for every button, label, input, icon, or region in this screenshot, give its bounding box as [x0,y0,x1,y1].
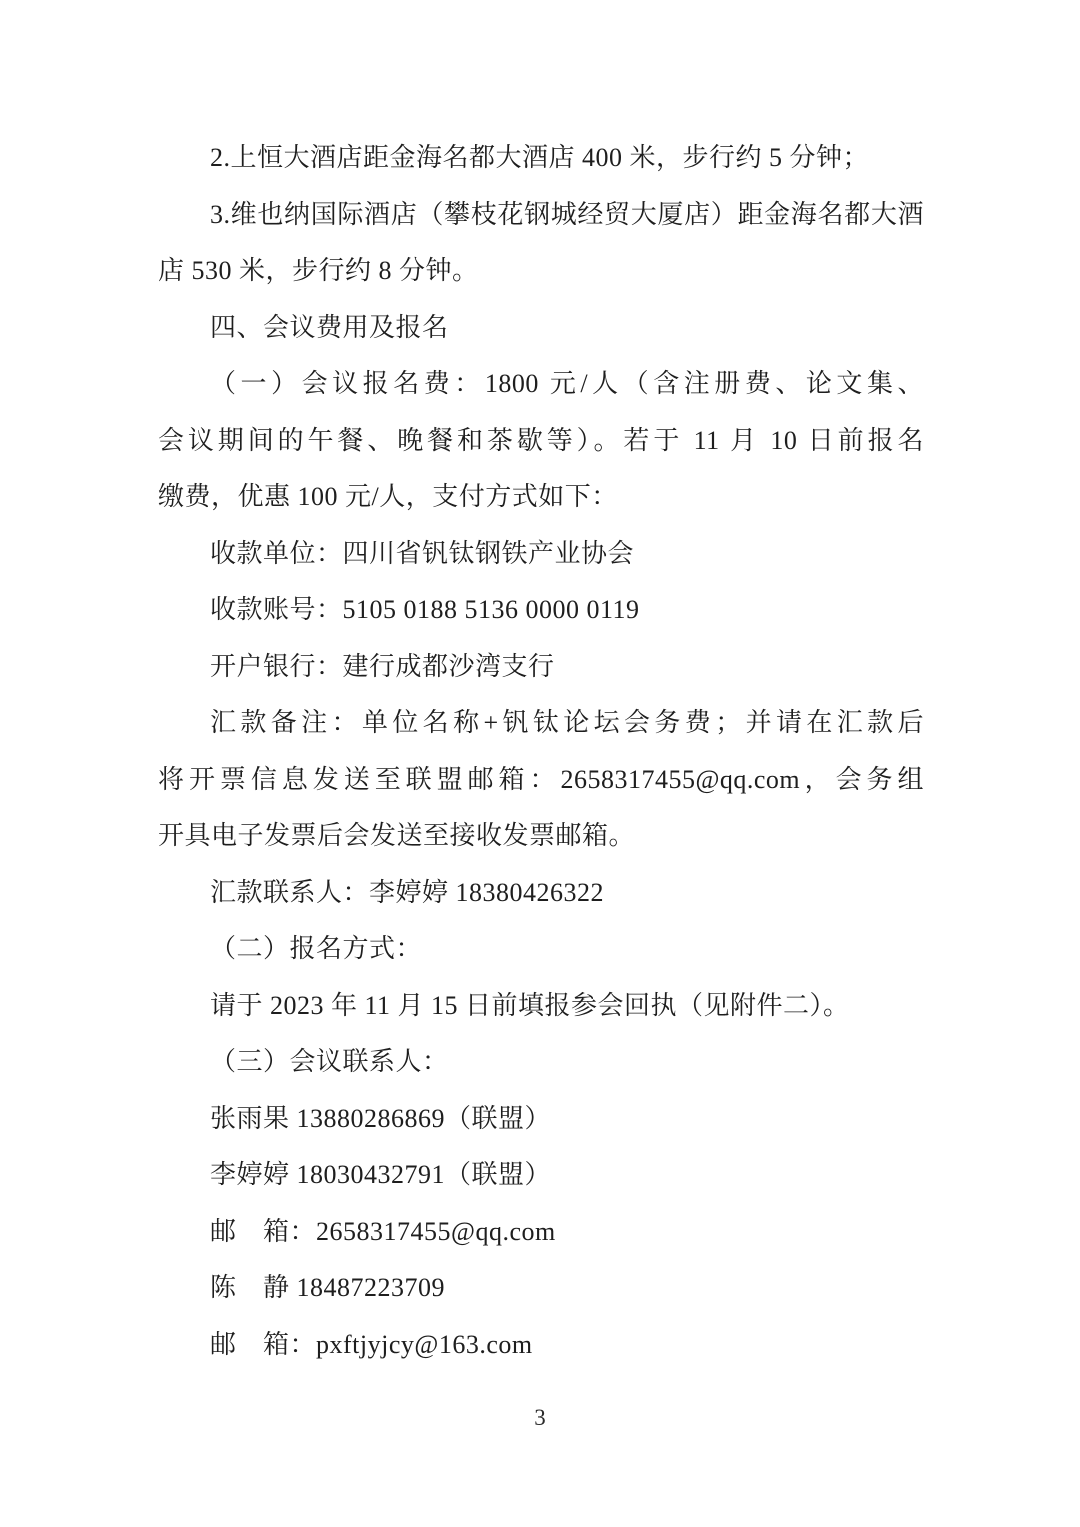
line-contact-li-tingting: 李婷婷 18030432791（联盟） [158,1147,924,1204]
heading-section-4-fees-and-registration: 四、会议费用及报名 [158,300,924,357]
line-registration-fee-2: 会议期间的午餐、晚餐和茶歇等）。若于 11 月 10 日前报名 [158,413,924,470]
line-remittance-note-2: 将开票信息发送至联盟邮箱：2658317455@qq.com，会务组 [158,752,924,809]
line-payee-unit: 收款单位：四川省钒钛钢铁产业协会 [158,526,924,583]
document-page: 2.上恒大酒店距金海名都大酒店 400 米，步行约 5 分钟； 3.维也纳国际酒… [0,0,1080,1527]
line-remittance-note-3: 开具电子发票后会发送至接收发票邮箱。 [158,808,924,865]
line-contact-chen-jing: 陈 静 18487223709 [158,1260,924,1317]
page-number: 3 [0,1402,1080,1434]
line-hotel-vienna-distance-2: 店 530 米，步行约 8 分钟。 [158,243,924,300]
heading-conference-contacts: （三）会议联系人： [158,1034,924,1091]
line-registration-fee-1: （一）会议报名费：1800 元/人（含注册费、论文集、 [158,356,924,413]
line-remittance-note-1: 汇款备注：单位名称+钒钛论坛会务费；并请在汇款后 [158,695,924,752]
line-payee-bank: 开户银行：建行成都沙湾支行 [158,639,924,696]
line-contact-email-qq: 邮 箱：2658317455@qq.com [158,1204,924,1261]
line-contact-email-163: 邮 箱：pxftjyjcy@163.com [158,1317,924,1374]
line-hotel-shangheng-distance: 2.上恒大酒店距金海名都大酒店 400 米，步行约 5 分钟； [158,130,924,187]
line-remittance-contact: 汇款联系人：李婷婷 18380426322 [158,865,924,922]
line-hotel-vienna-distance-1: 3.维也纳国际酒店（攀枝花钢城经贸大厦店）距金海名都大酒 [158,187,924,244]
document-content: 2.上恒大酒店距金海名都大酒店 400 米，步行约 5 分钟； 3.维也纳国际酒… [158,130,924,1373]
line-contact-zhang-yuguo: 张雨果 13880286869（联盟） [158,1091,924,1148]
heading-registration-method: （二）报名方式： [158,921,924,978]
line-payee-account-number: 收款账号：5105 0188 5136 0000 0119 [158,582,924,639]
line-registration-fee-3: 缴费，优惠 100 元/人，支付方式如下： [158,469,924,526]
line-registration-deadline: 请于 2023 年 11 月 15 日前填报参会回执（见附件二）。 [158,978,924,1035]
